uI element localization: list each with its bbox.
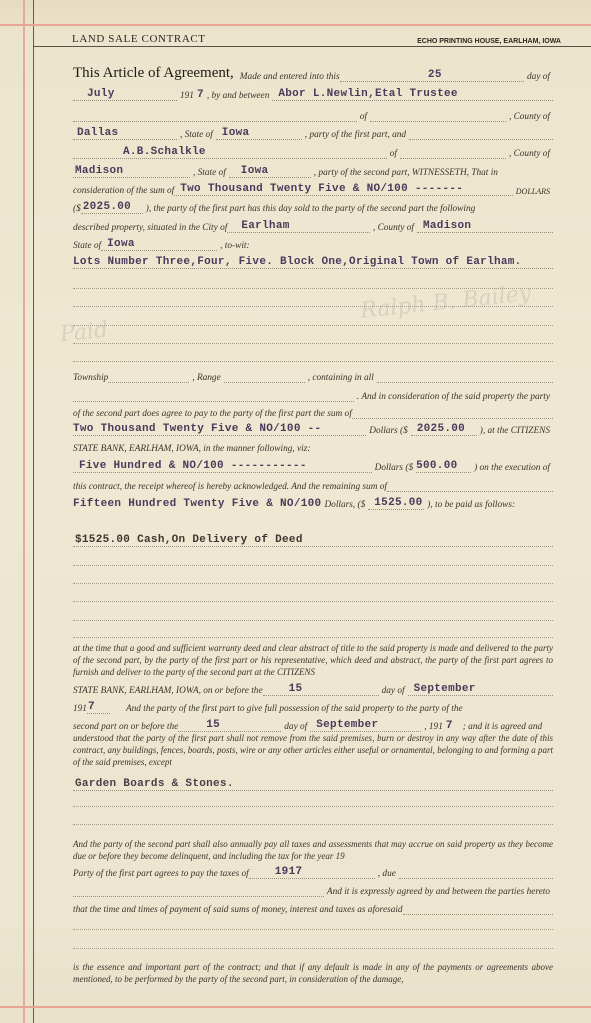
first-state-value: Iowa bbox=[222, 127, 250, 139]
deed-year-digit: 7 bbox=[88, 701, 95, 713]
second-county-value: Madison bbox=[75, 165, 123, 177]
dollars-label: DOLLARS bbox=[513, 187, 553, 196]
possession-month-field: September bbox=[310, 719, 421, 732]
agreement-line-2: July 191 7 , by and between Abor L.Newli… bbox=[73, 85, 553, 101]
deliver-month-value: September bbox=[414, 683, 476, 695]
agreement-title: This Article of Agreement, bbox=[73, 65, 234, 82]
first-party-value: Abor L.Newlin,Etal Trustee bbox=[278, 88, 457, 100]
first-county-value: Dallas bbox=[77, 127, 118, 139]
deed-paragraph: at the time that a good and sufficient w… bbox=[73, 642, 553, 679]
of-label: of bbox=[357, 112, 370, 122]
execution-label: ) on the execution of bbox=[471, 463, 553, 473]
acreage-field bbox=[377, 370, 553, 383]
first-party-field: Abor L.Newlin,Etal Trustee bbox=[272, 88, 553, 101]
year-digit: 7 bbox=[197, 89, 204, 101]
sum-words-field: Two Thousand Twenty Five & NO/100 ------… bbox=[174, 183, 513, 196]
possession-line: 191 7 And the party of the first part to… bbox=[73, 698, 553, 714]
consideration-label: consideration of the sum of bbox=[73, 186, 174, 196]
essence-paragraph: is the essence and important part of the… bbox=[73, 961, 553, 985]
margin-line-dark bbox=[33, 0, 34, 1023]
remaining-amount-field: 1525.00 bbox=[368, 497, 424, 510]
legal-description-field: Lots Number Three,Four, Five. Block One,… bbox=[73, 256, 553, 269]
blank-line bbox=[73, 324, 553, 326]
range-field bbox=[224, 370, 305, 383]
paid-as-follows-label: ), to be paid as follows: bbox=[424, 500, 518, 510]
payment-line-1: . And in consideration of the said prope… bbox=[73, 386, 553, 402]
city-value: Earlham bbox=[241, 220, 289, 232]
second-county-field: Madison bbox=[73, 165, 190, 178]
township-field bbox=[108, 370, 189, 383]
described-label: described property, situated in the City… bbox=[73, 223, 227, 233]
blank-line bbox=[73, 360, 553, 362]
total-amount-value: 2025.00 bbox=[417, 423, 465, 435]
time-line: that the time and times of payment of sa… bbox=[73, 899, 553, 915]
blank-line bbox=[73, 305, 553, 307]
remove-paragraph: understood that the party of the first p… bbox=[73, 732, 553, 769]
day-field: 25 bbox=[340, 69, 524, 82]
blank-line bbox=[73, 582, 553, 584]
blank-line bbox=[73, 805, 553, 807]
expressly-line: And it is expressly agreed by and betwee… bbox=[73, 881, 553, 897]
agreement-line-7: consideration of the sum of Two Thousand… bbox=[73, 180, 553, 196]
blank-line bbox=[73, 287, 553, 289]
day-of-label: day of bbox=[281, 722, 310, 732]
year-prefix: , 191 bbox=[421, 722, 446, 732]
bank-label: STATE BANK, EARLHAM, IOWA, on or before … bbox=[73, 686, 263, 696]
between-label: , by and between bbox=[204, 91, 272, 101]
exceptions-line: Garden Boards & Stones. bbox=[73, 775, 553, 791]
range-label: , Range bbox=[189, 373, 223, 383]
blank-field bbox=[352, 406, 553, 419]
blank-line bbox=[73, 823, 553, 825]
sum-open: ($ bbox=[73, 204, 81, 214]
time-text: that the time and times of payment of sa… bbox=[73, 905, 403, 915]
blank-field bbox=[403, 902, 553, 915]
due-label: , due bbox=[375, 869, 399, 879]
blank-line bbox=[73, 928, 553, 930]
first-party-address-field bbox=[73, 109, 357, 122]
blank-line bbox=[73, 342, 553, 344]
possession-year-digit: 7 bbox=[446, 720, 453, 732]
possession-month-value: September bbox=[316, 719, 378, 731]
margin-line-red bbox=[23, 0, 25, 1023]
deliver-day-value: 15 bbox=[289, 683, 303, 695]
first-part-label: , party of the first part, and bbox=[302, 130, 409, 140]
state-field: Iowa bbox=[101, 238, 217, 251]
day-of-label: day of bbox=[379, 686, 408, 696]
agreement-line-1: This Article of Agreement, Made and ente… bbox=[73, 62, 553, 82]
agreement-line-4: Dallas , State of Iowa , party of the fi… bbox=[73, 124, 553, 140]
township-label: Township bbox=[73, 373, 108, 383]
state-value: Iowa bbox=[107, 238, 135, 250]
tax-year-value: 1917 bbox=[275, 866, 303, 878]
agreement-line-3: of , County of bbox=[73, 106, 553, 122]
containing-label: , containing in all bbox=[305, 373, 377, 383]
payment-line-7: Fifteen Hundred Twenty Five & NO/100 Dol… bbox=[73, 494, 553, 510]
year-prefix: 191 bbox=[73, 704, 87, 714]
agreement-line-5: A.B.Schalkle of , County of bbox=[73, 143, 553, 159]
receipt-text: this contract, the receipt whereof is he… bbox=[73, 482, 387, 492]
address-field bbox=[400, 146, 506, 159]
deed-year-field: 7 bbox=[87, 701, 110, 714]
tax-year-field: 1917 bbox=[249, 866, 375, 879]
taxes-paragraph: And the party of the second part shall a… bbox=[73, 838, 553, 862]
deliver-day-field: 15 bbox=[263, 683, 379, 696]
agree-text: of the second part does agree to pay to … bbox=[73, 409, 352, 419]
second-state-value: Iowa bbox=[241, 165, 269, 177]
possession-date-line: second part on or before the 15 day of S… bbox=[73, 716, 553, 732]
state-of-label: , State of bbox=[177, 130, 216, 140]
blank-line bbox=[73, 947, 553, 949]
blank-field bbox=[73, 389, 354, 402]
dollars-open: Dollars, ($ bbox=[321, 500, 368, 510]
legal-description-value: Lots Number Three,Four, Five. Block One,… bbox=[73, 256, 522, 268]
down-amount-field: 500.00 bbox=[416, 460, 471, 473]
second-part-label: , party of the second part, WITNESSETH, … bbox=[311, 168, 501, 178]
city-field: Earlham bbox=[227, 220, 370, 233]
county-field: Madison bbox=[417, 220, 553, 233]
payment-line-5: Five Hundred & NO/100 ----------- Dollar… bbox=[73, 457, 553, 473]
exceptions-field: Garden Boards & Stones. bbox=[73, 778, 553, 791]
down-words-value: Five Hundred & NO/100 ----------- bbox=[79, 460, 307, 472]
taxes-first-party-line: Party of the first part agrees to pay th… bbox=[73, 863, 553, 879]
expressly-text: And it is expressly agreed by and betwee… bbox=[324, 887, 553, 897]
sum-words-value: Two Thousand Twenty Five & NO/100 ------… bbox=[180, 183, 463, 195]
document-page: Ralph B. Bailey Paid LAND SALE CONTRACT … bbox=[0, 0, 591, 1023]
possession-day-value: 15 bbox=[206, 719, 220, 731]
year-prefix: 191 bbox=[177, 91, 197, 101]
payment-line-4: STATE BANK, EARLHAM, IOWA, in the manner… bbox=[73, 438, 553, 454]
state-label: State of bbox=[73, 241, 101, 251]
day-value: 25 bbox=[428, 69, 442, 81]
down-words-field: Five Hundred & NO/100 ----------- bbox=[73, 460, 372, 473]
total-words-value: Two Thousand Twenty Five & NO/100 -- bbox=[73, 423, 321, 435]
county-label: , County of bbox=[370, 223, 417, 233]
bottom-rule-red bbox=[0, 1006, 591, 1008]
total-words-field: Two Thousand Twenty Five & NO/100 -- bbox=[73, 423, 366, 436]
printer-imprint: ECHO PRINTING HOUSE, EARLHAM, IOWA bbox=[417, 38, 561, 45]
remaining-words-value: Fifteen Hundred Twenty Five & NO/100 bbox=[73, 498, 321, 510]
blank-line bbox=[73, 619, 553, 621]
consideration-text: . And in consideration of the said prope… bbox=[354, 392, 553, 402]
dollars-open: Dollars ($ bbox=[372, 463, 416, 473]
address-field bbox=[370, 109, 506, 122]
blank-field bbox=[387, 479, 553, 492]
agreement-line-10: State of Iowa , to-wit: bbox=[73, 235, 553, 251]
down-amount-value: 500.00 bbox=[416, 460, 457, 472]
exceptions-value: Garden Boards & Stones. bbox=[75, 778, 234, 790]
agreement-line-8: ($ 2025.00 ), the party of the first par… bbox=[73, 198, 553, 214]
total-amount-field: 2025.00 bbox=[411, 423, 477, 436]
terms-value: $1525.00 Cash,On Delivery of Deed bbox=[75, 534, 303, 546]
month-value: July bbox=[87, 88, 115, 100]
at-bank-label: ), at the CITIZENS bbox=[477, 426, 553, 436]
sum-amount-value: 2025.00 bbox=[83, 201, 131, 213]
second-party-field: A.B.Schalkle bbox=[73, 146, 387, 159]
top-rule-red bbox=[0, 24, 591, 26]
agreed-label: ; and it is agreed and bbox=[453, 722, 545, 732]
county-value: Madison bbox=[423, 220, 471, 232]
deliver-month-field: September bbox=[408, 683, 553, 696]
county-of-label: , County of bbox=[506, 112, 553, 122]
legal-description-line: Lots Number Three,Four, Five. Block One,… bbox=[73, 253, 553, 269]
blank-field bbox=[409, 127, 553, 140]
blank-field bbox=[73, 884, 324, 897]
day-of-label: day of bbox=[524, 72, 553, 82]
header-rule bbox=[33, 46, 591, 47]
to-wit-label: , to-wit: bbox=[217, 241, 252, 251]
payment-line-3: Two Thousand Twenty Five & NO/100 -- Dol… bbox=[73, 420, 553, 436]
township-line: Township , Range , containing in all bbox=[73, 367, 553, 383]
blank-line bbox=[73, 564, 553, 566]
terms-line: $1525.00 Cash,On Delivery of Deed bbox=[73, 531, 553, 547]
first-county-field: Dallas bbox=[73, 127, 177, 140]
second-party-value: A.B.Schalkle bbox=[123, 146, 206, 158]
state-of-label: , State of bbox=[190, 168, 229, 178]
payment-line-2: of the second part does agree to pay to … bbox=[73, 403, 553, 419]
remaining-amount-value: 1525.00 bbox=[374, 497, 422, 509]
bank-line: STATE BANK, EARLHAM, IOWA, in the manner… bbox=[73, 444, 310, 454]
second-state-field: Iowa bbox=[229, 165, 311, 178]
first-state-field: Iowa bbox=[216, 127, 302, 140]
blank-line bbox=[73, 600, 553, 602]
second-part-label: second part on or before the bbox=[73, 722, 178, 732]
possession-text: And the party of the first part to give … bbox=[110, 704, 466, 714]
of-label: of bbox=[387, 149, 400, 159]
dollars-open: Dollars ($ bbox=[366, 426, 410, 436]
terms-field: $1525.00 Cash,On Delivery of Deed bbox=[73, 534, 553, 547]
county-of-label: , County of bbox=[506, 149, 553, 159]
due-field bbox=[399, 866, 553, 879]
sold-label: ), the party of the first part has this … bbox=[143, 204, 479, 214]
sum-amount-field: 2025.00 bbox=[81, 201, 143, 214]
made-label: Made and entered into this bbox=[240, 72, 340, 82]
possession-day-field: 15 bbox=[178, 719, 281, 732]
payment-line-6: this contract, the receipt whereof is he… bbox=[73, 476, 553, 492]
agreement-line-6: Madison , State of Iowa , party of the s… bbox=[73, 162, 553, 178]
form-title: LAND SALE CONTRACT bbox=[72, 33, 206, 45]
first-party-taxes-label: Party of the first part agrees to pay th… bbox=[73, 869, 249, 879]
agreement-line-9: described property, situated in the City… bbox=[73, 217, 553, 233]
deed-date-line: STATE BANK, EARLHAM, IOWA, on or before … bbox=[73, 680, 553, 696]
month-field: July bbox=[73, 88, 177, 101]
blank-line bbox=[73, 636, 553, 638]
